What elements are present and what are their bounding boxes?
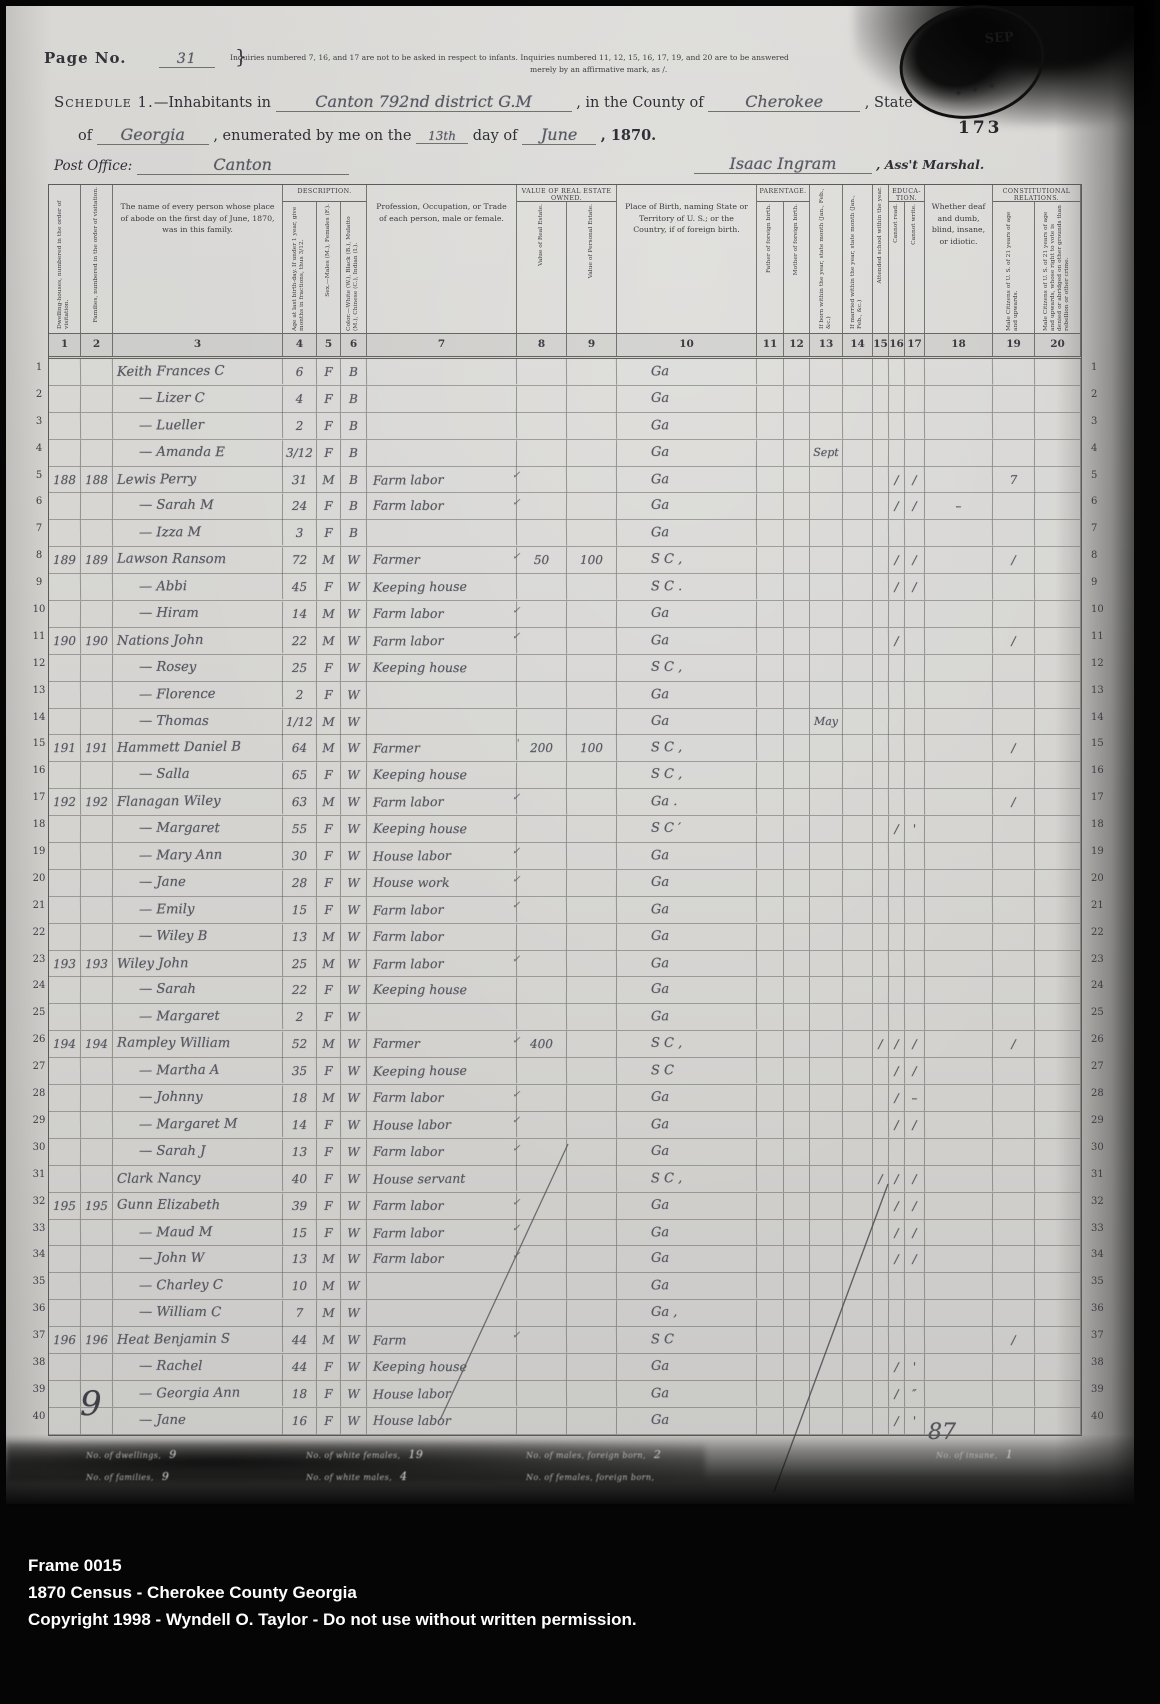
tally-label: No. of white females,	[306, 1451, 401, 1460]
cell-dwelling-number	[49, 655, 81, 681]
cell-personal-estate-value	[567, 1031, 617, 1057]
caption-copyright: Copyright 1998 - Wyndell O. Taylor - Do …	[28, 1606, 637, 1633]
tally-value: 1	[1006, 1448, 1013, 1461]
cell-month-married	[843, 762, 873, 788]
cell-deaf-dumb-blind	[925, 762, 993, 788]
cell-real-estate-value: 200	[517, 735, 567, 761]
cell-sex: M	[317, 547, 341, 573]
cell-attended-school	[873, 1085, 889, 1111]
cell-cannot-write: /	[905, 1058, 925, 1084]
cell-cannot-write: '	[905, 816, 925, 842]
cell-month-married	[843, 843, 873, 869]
cell-male-citizen	[993, 1058, 1035, 1084]
cell-month-married	[843, 1220, 873, 1246]
row-number: 5	[30, 464, 48, 491]
cell-personal-estate-value	[567, 897, 617, 923]
cell-vote-denied	[1035, 1354, 1081, 1380]
column-header-text-c13: If born within the year, state month (Ja…	[819, 185, 833, 331]
cell-month-married	[843, 493, 873, 519]
cell-male-citizen	[993, 816, 1035, 842]
row-number: 38	[1091, 1351, 1125, 1378]
column-header-text-c16: Cannot read.	[893, 202, 900, 245]
cell-color: W	[341, 1031, 367, 1057]
cell-mother-foreign	[784, 1408, 810, 1434]
cell-birthplace: Ga	[617, 601, 757, 628]
enumerated-text: , enumerated by me on the	[213, 128, 411, 144]
cell-deaf-dumb-blind	[925, 816, 993, 842]
cell-color: W	[341, 1300, 367, 1326]
cell-personal-estate-value	[567, 789, 617, 815]
cell-occupation: Farmer'	[367, 735, 517, 762]
cell-cannot-read: /	[889, 1246, 905, 1272]
cell-name: — Wiley B	[113, 923, 283, 950]
header-group-parentage: Parentage.Father of foreign birth.Mother…	[757, 185, 810, 333]
tally-value: 19	[409, 1448, 424, 1461]
cell-deaf-dumb-blind	[925, 977, 993, 1003]
cell-sex: F	[317, 386, 341, 412]
cell-family-number	[81, 1273, 113, 1299]
cell-birthplace: Ga	[617, 1138, 757, 1165]
column-number-20: 20	[1035, 334, 1081, 356]
cell-month-married	[843, 386, 873, 412]
cell-name: — Margaret M	[113, 1111, 283, 1139]
cell-occupation: Keeping house	[367, 654, 517, 681]
cell-dwelling-number	[49, 870, 81, 896]
cell-vote-denied	[1035, 789, 1081, 815]
tally-label: No. of insane,	[936, 1451, 998, 1460]
marshal-line: Isaac Ingram , Ass't Marshal.	[694, 154, 984, 174]
cell-mother-foreign	[784, 762, 810, 788]
cell-real-estate-value	[517, 897, 567, 923]
column-header-text-c11: Father of foreign birth.	[766, 202, 773, 275]
cell-real-estate-value	[517, 1381, 567, 1407]
paper-sheet: Page No. 31 } Inquiries numbered 7, 16, …	[6, 6, 1134, 1504]
column-header-text-c4: Age at last birth-day. If under 1 year, …	[292, 202, 306, 333]
cell-age: 10	[283, 1273, 317, 1299]
cell-real-estate-value	[517, 628, 567, 654]
cell-deaf-dumb-blind	[925, 1139, 993, 1165]
cell-name: Gunn Elizabeth	[113, 1192, 283, 1219]
cell-month-born	[810, 1031, 843, 1057]
cell-mother-foreign	[784, 440, 810, 466]
cell-month-born	[810, 1193, 843, 1219]
cell-mother-foreign	[784, 1220, 810, 1246]
cell-personal-estate-value	[567, 1381, 617, 1407]
cell-dwelling-number	[49, 816, 81, 842]
cell-attended-school	[873, 789, 889, 815]
census-row: — Salla65FWKeeping houseS C ,	[49, 762, 1081, 789]
cell-attended-school	[873, 1246, 889, 1272]
cell-father-foreign	[757, 574, 784, 600]
cell-vote-denied	[1035, 574, 1081, 600]
column-header-c5: Sex.—Males (M.), Females (F.).	[317, 202, 341, 333]
cell-cannot-read	[889, 870, 905, 896]
cell-male-citizen: /	[993, 735, 1035, 761]
row-number: 24	[30, 974, 48, 1001]
cell-mother-foreign	[784, 547, 810, 573]
cell-birthplace: Ga .	[617, 789, 757, 816]
cell-name: — Margaret	[113, 1003, 283, 1031]
cell-father-foreign	[757, 1381, 784, 1407]
cell-family-number	[81, 574, 113, 600]
group-label-parentage: Parentage.	[757, 185, 810, 202]
cell-month-born	[810, 520, 843, 546]
census-row: 193193Wiley John25MWFarm labor✓Ga	[49, 951, 1081, 978]
cell-cannot-write	[905, 870, 925, 896]
column-number-8: 8	[517, 334, 567, 356]
cell-mother-foreign	[784, 493, 810, 519]
row-number: 32	[1091, 1190, 1125, 1217]
cell-deaf-dumb-blind	[925, 870, 993, 896]
cell-mother-foreign	[784, 977, 810, 1003]
cell-father-foreign	[757, 870, 784, 896]
cell-vote-denied	[1035, 359, 1081, 385]
tally-label: No. of females, foreign born,	[526, 1473, 654, 1482]
cell-month-married	[843, 1193, 873, 1219]
cell-dwelling-number: 190	[49, 628, 81, 654]
county-value: Cherokee	[708, 92, 860, 112]
cell-personal-estate-value	[567, 440, 617, 466]
cell-cannot-read	[889, 1300, 905, 1326]
cell-family-number	[81, 440, 113, 466]
cell-mother-foreign	[784, 789, 810, 815]
cell-vote-denied	[1035, 520, 1081, 546]
tally-label: No. of families,	[86, 1473, 154, 1482]
cell-month-born: Sept	[810, 440, 843, 466]
tally-label: No. of white males,	[306, 1473, 392, 1482]
cell-personal-estate-value	[567, 870, 617, 896]
cell-occupation	[367, 412, 517, 439]
cell-month-married	[843, 735, 873, 761]
cell-sex: M	[317, 1327, 341, 1353]
cell-month-married	[843, 951, 873, 977]
cell-father-foreign	[757, 1327, 784, 1353]
row-number: 23	[1091, 948, 1125, 975]
cell-occupation: Keeping house	[367, 1057, 517, 1084]
cell-sex: F	[317, 816, 341, 842]
cell-month-born	[810, 493, 843, 519]
cell-father-foreign	[757, 1408, 784, 1434]
cell-dwelling-number	[49, 924, 81, 950]
cell-dwelling-number: 189	[49, 547, 81, 573]
inhabitants-text: —Inhabitants in	[154, 95, 271, 111]
row-number: 29	[30, 1109, 48, 1136]
cell-real-estate-value	[517, 1085, 567, 1111]
cell-real-estate-value	[517, 681, 567, 707]
cell-attended-school	[873, 1300, 889, 1326]
cell-sex: F	[317, 1381, 341, 1407]
cell-real-estate-value	[517, 1408, 567, 1434]
cell-month-married	[843, 574, 873, 600]
cell-father-foreign	[757, 628, 784, 654]
cell-age: 31	[283, 466, 317, 492]
cell-color: W	[341, 1193, 367, 1219]
cell-color: W	[341, 655, 367, 681]
column-number-18: 18	[925, 334, 993, 356]
cell-mother-foreign	[784, 897, 810, 923]
column-header-c11: Father of foreign birth.	[757, 202, 784, 333]
row-number: 19	[30, 840, 48, 867]
cell-cannot-read: /	[889, 816, 905, 842]
cell-vote-denied	[1035, 1112, 1081, 1138]
group-label-education: Educa-tion.	[889, 185, 925, 202]
cell-age: 18	[283, 1381, 317, 1407]
cell-color: W	[341, 924, 367, 950]
cell-family-number	[81, 1058, 113, 1084]
cell-cannot-write	[905, 1300, 925, 1326]
cell-cannot-write	[905, 1327, 925, 1353]
cell-father-foreign	[757, 547, 784, 573]
cell-name: — Izza M	[113, 519, 283, 547]
cell-attended-school	[873, 493, 889, 519]
census-row: — Florence2FWGa	[49, 682, 1081, 709]
cell-month-married	[843, 1112, 873, 1138]
cell-month-married	[843, 1354, 873, 1380]
cell-birthplace: Ga	[617, 842, 757, 869]
column-header-c19: Male Citizens of U. S. of 21 years of ag…	[993, 202, 1035, 333]
census-row: — Thomas1/12MWGaMay	[49, 709, 1081, 736]
cell-mother-foreign	[784, 951, 810, 977]
cell-name: — Martha A	[113, 1057, 283, 1085]
cell-color: W	[341, 1112, 367, 1138]
row-number: 36	[1091, 1297, 1125, 1324]
cell-dwelling-number	[49, 1166, 81, 1192]
cell-deaf-dumb-blind	[925, 1219, 993, 1246]
cell-occupation: Farm labor	[367, 923, 517, 950]
cell-name: — Charley C	[113, 1272, 283, 1300]
cell-real-estate-value	[517, 359, 567, 385]
cell-occupation: Farm labor✓	[367, 493, 517, 520]
cell-month-married	[843, 816, 873, 842]
column-number-15: 15	[873, 334, 889, 356]
cell-male-citizen	[993, 870, 1035, 896]
header-group-education: Educa-tion.Cannot read.Cannot write.	[889, 185, 925, 333]
cell-deaf-dumb-blind	[925, 843, 993, 870]
cell-father-foreign	[757, 1193, 784, 1219]
cell-month-married	[843, 359, 873, 385]
cell-male-citizen	[993, 708, 1035, 734]
cell-personal-estate-value	[567, 413, 617, 439]
cell-month-married	[843, 1381, 873, 1407]
cell-occupation: Farmer✓	[367, 547, 517, 574]
cell-cannot-write	[905, 1273, 925, 1299]
cell-cannot-write	[905, 413, 925, 439]
row-number: 34	[1091, 1243, 1125, 1270]
cell-mother-foreign	[784, 520, 810, 546]
cell-month-born	[810, 1058, 843, 1084]
census-row: 194194Rampley William52MWFarmer✓400S C ,…	[49, 1031, 1081, 1058]
cell-attended-school	[873, 816, 889, 842]
cell-personal-estate-value	[567, 1327, 617, 1353]
cell-color: W	[341, 1408, 367, 1434]
cell-month-married	[843, 1408, 873, 1434]
cell-family-number: 191	[81, 735, 113, 761]
cell-vote-denied	[1035, 628, 1081, 654]
cell-deaf-dumb-blind	[925, 1327, 993, 1354]
cell-personal-estate-value	[567, 601, 617, 627]
cell-real-estate-value	[517, 1139, 567, 1165]
instruction-line-1: Inquiries numbered 7, 16, and 17 are not…	[230, 52, 1000, 64]
row-number: 38	[30, 1351, 48, 1378]
cell-cannot-read: /	[889, 574, 905, 600]
cell-family-number	[81, 924, 113, 950]
cell-male-citizen	[993, 950, 1035, 976]
cell-father-foreign	[757, 359, 784, 385]
cell-vote-denied	[1035, 413, 1081, 439]
cell-sex: F	[317, 574, 341, 600]
cell-real-estate-value	[517, 843, 567, 869]
cell-cannot-read	[889, 440, 905, 466]
cell-cannot-read: /	[889, 1031, 905, 1057]
tally-item: No. of dwellings,9	[86, 1448, 177, 1461]
cell-vote-denied	[1035, 601, 1081, 627]
cell-color: B	[341, 440, 367, 466]
cell-deaf-dumb-blind	[925, 1380, 993, 1407]
cell-real-estate-value	[517, 950, 567, 976]
census-row: — Martha A35FWKeeping houseS C//	[49, 1058, 1081, 1085]
cell-cannot-read: /	[889, 1085, 905, 1111]
cell-dwelling-number	[49, 493, 81, 519]
cell-occupation: House labor	[367, 1407, 517, 1434]
census-row: — Lizer C4FBGa	[49, 386, 1081, 413]
cell-month-married	[843, 870, 873, 896]
cell-color: W	[341, 977, 367, 1003]
cell-real-estate-value: 50	[517, 547, 567, 573]
cell-vote-denied	[1035, 1408, 1081, 1434]
cell-personal-estate-value	[567, 1085, 617, 1111]
schedule-label: Schedule 1.	[54, 93, 154, 111]
page-no-label: Page No.	[44, 49, 127, 67]
cell-real-estate-value	[517, 762, 567, 788]
cell-birthplace: Ga	[617, 439, 757, 466]
cell-color: W	[341, 843, 367, 869]
cell-mother-foreign	[784, 1139, 810, 1165]
cell-cannot-read	[889, 924, 905, 950]
column-number-3: 3	[113, 334, 283, 356]
cell-sex: M	[317, 628, 341, 654]
cell-month-born: May	[810, 708, 843, 734]
cell-family-number: 189	[81, 547, 113, 573]
cell-mother-foreign	[784, 1354, 810, 1380]
cell-cannot-write: /	[905, 1112, 925, 1138]
column-header-c20: Male Citizens of U. S. of 21 years of ag…	[1035, 202, 1081, 333]
cell-name: — Lueller	[113, 412, 283, 440]
cell-birthplace: S C ′	[617, 816, 757, 843]
cell-dwelling-number	[49, 1408, 81, 1434]
cell-vote-denied	[1035, 493, 1081, 519]
cell-mother-foreign	[784, 628, 810, 654]
cell-deaf-dumb-blind	[925, 789, 993, 816]
cell-cannot-read	[889, 359, 905, 385]
cell-dwelling-number: 195	[49, 1193, 81, 1219]
cell-name: Lewis Perry	[113, 466, 283, 494]
cell-attended-school	[873, 843, 889, 869]
handwritten-margin-mark-right: 87	[928, 1420, 956, 1445]
cell-mother-foreign	[784, 735, 810, 761]
cell-dwelling-number	[49, 440, 81, 466]
cell-month-born	[810, 1085, 843, 1111]
handwritten-margin-mark-left: 9	[80, 1384, 102, 1424]
cell-vote-denied	[1035, 735, 1081, 761]
cell-deaf-dumb-blind	[925, 359, 993, 386]
cell-occupation: Farm labor✓	[367, 1138, 517, 1165]
cell-dwelling-number	[49, 1004, 81, 1030]
cell-name: Flanagan Wiley	[113, 788, 283, 816]
cell-family-number	[81, 601, 113, 627]
post-office-label: Post Office:	[54, 158, 132, 174]
cell-cannot-read: /	[889, 493, 905, 519]
cell-personal-estate-value	[567, 1273, 617, 1299]
cell-vote-denied	[1035, 870, 1081, 896]
cell-month-born	[810, 843, 843, 869]
cell-family-number	[81, 682, 113, 708]
cell-vote-denied	[1035, 467, 1081, 493]
cell-father-foreign	[757, 977, 784, 1003]
column-header-text-c19: Male Citizens of U. S. of 21 years of ag…	[1006, 202, 1020, 333]
cell-cannot-read: /	[889, 1193, 905, 1219]
cell-father-foreign	[757, 1004, 784, 1030]
cell-birthplace: Ga	[617, 1273, 757, 1300]
cell-mother-foreign	[784, 709, 810, 735]
cell-deaf-dumb-blind	[925, 520, 993, 547]
census-row: 196196Heat Benjamin S44MWFarm✓S C/	[49, 1327, 1081, 1354]
column-header-c10: Place of Birth, naming State or Territor…	[617, 185, 757, 333]
cell-vote-denied	[1035, 682, 1081, 708]
cell-cannot-read	[889, 413, 905, 439]
cell-cannot-read	[889, 601, 905, 627]
cell-name: — Rachel	[113, 1354, 283, 1381]
row-number: 40	[30, 1405, 48, 1432]
cell-deaf-dumb-blind	[925, 1300, 993, 1326]
cell-male-citizen: /	[993, 1031, 1035, 1057]
group-columns-description: Age at last birth-day. If under 1 year, …	[283, 202, 367, 333]
cell-month-married	[843, 628, 873, 654]
cell-name: — Mary Ann	[113, 842, 283, 870]
cell-personal-estate-value	[567, 493, 617, 519]
cell-dwelling-number	[49, 574, 81, 600]
cell-male-citizen	[993, 1219, 1035, 1245]
cell-dwelling-number	[49, 977, 81, 1003]
cell-sex: F	[317, 1219, 341, 1245]
cell-age: 25	[283, 655, 317, 681]
cell-month-born	[810, 359, 843, 385]
tally-item: No. of males, foreign born,2	[526, 1448, 661, 1461]
cell-male-citizen	[993, 1381, 1035, 1407]
row-number: 9	[1091, 571, 1125, 598]
row-number: 11	[1091, 625, 1125, 652]
cell-name: — Thomas	[113, 708, 283, 735]
cell-color: B	[341, 493, 367, 519]
row-number: 37	[1091, 1324, 1125, 1351]
column-header-c6: Color.—White (W.), Black (B.), Mulatto (…	[341, 202, 367, 333]
cell-sex: F	[317, 897, 341, 923]
row-number: 25	[30, 1001, 48, 1028]
cell-male-citizen	[993, 681, 1035, 707]
cell-name: — Maud M	[113, 1219, 283, 1247]
cell-name: Nations John	[113, 627, 283, 655]
column-number-17: 17	[905, 334, 925, 356]
cell-color: W	[341, 897, 367, 923]
cell-father-foreign	[757, 709, 784, 735]
cell-occupation	[367, 708, 517, 735]
row-number: 35	[1091, 1270, 1125, 1297]
row-number: 2	[30, 383, 48, 410]
row-number: 18	[30, 813, 48, 840]
cell-mother-foreign	[784, 1085, 810, 1111]
cell-family-number	[81, 977, 113, 1003]
cell-real-estate-value	[517, 1219, 567, 1245]
cell-birthplace: S C ,	[617, 735, 757, 762]
